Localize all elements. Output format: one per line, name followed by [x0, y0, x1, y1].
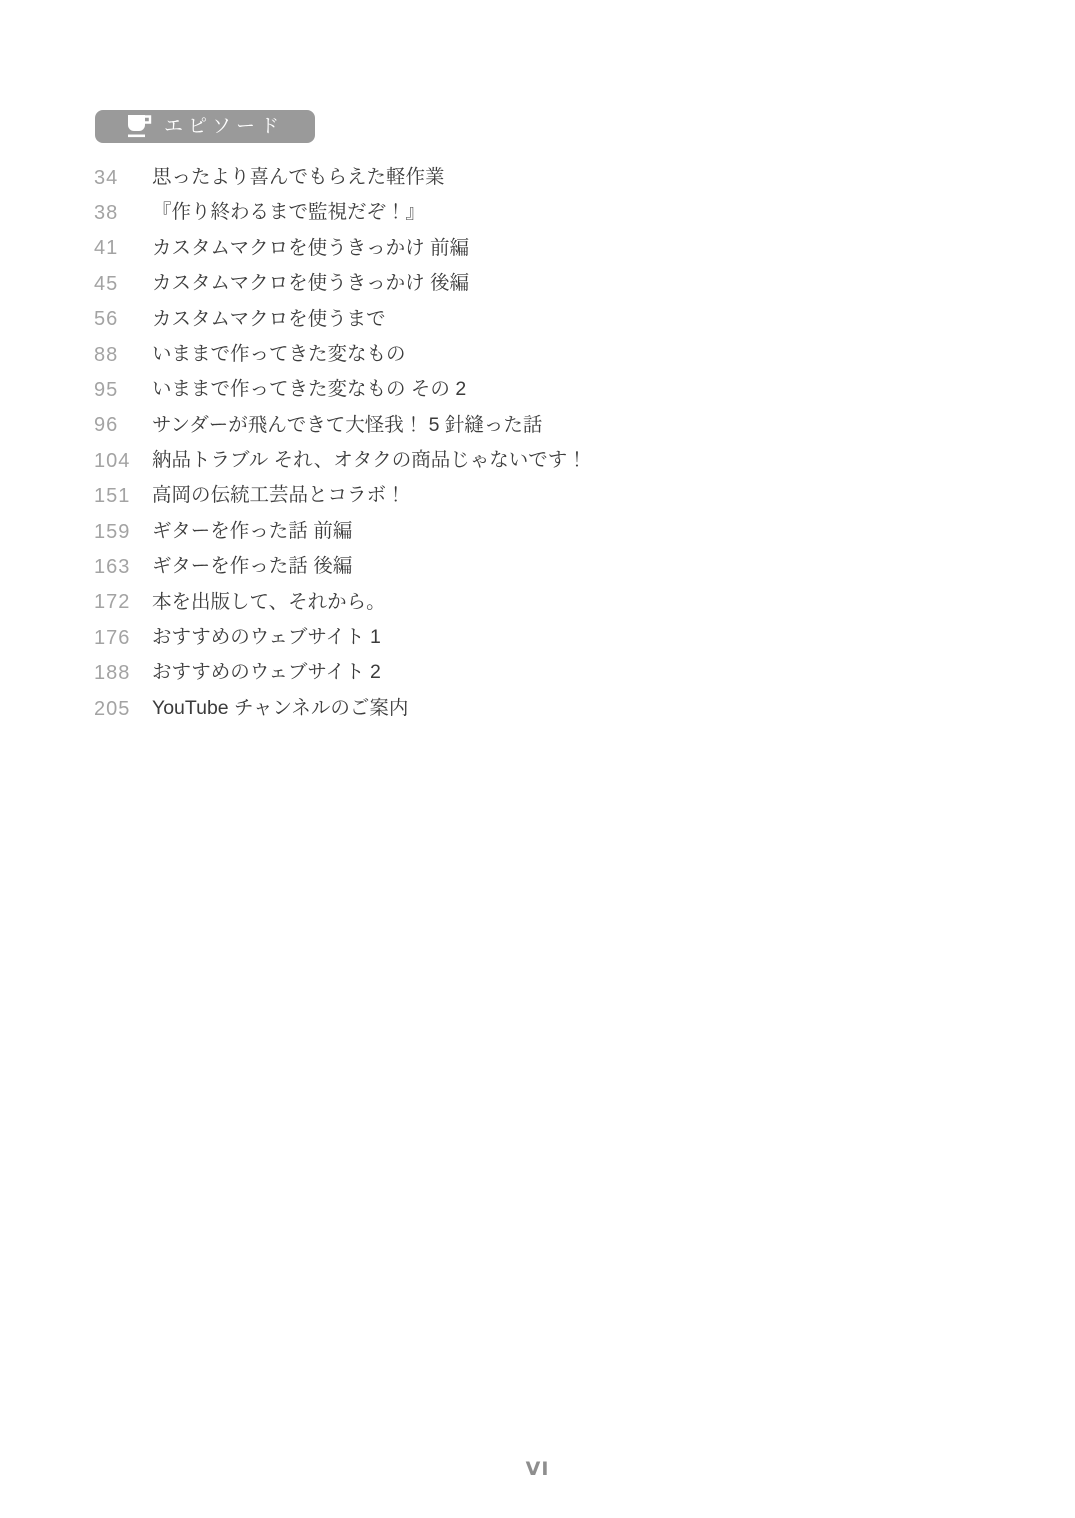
toc-entry-page-number: 188	[94, 663, 152, 683]
toc-entry-page-number: 96	[94, 415, 152, 435]
toc-entry-title: YouTube チャンネルのご案内	[152, 699, 408, 719]
toc-entry-title: カスタムマクロを使うまで	[152, 310, 386, 330]
coffee-cup-icon	[126, 113, 152, 140]
section-badge-label: エピソード	[164, 117, 284, 136]
toc-entry: 151 高岡の伝統工芸品とコラボ！	[94, 479, 994, 514]
toc-entry: 56 カスタムマクロを使うまで	[94, 302, 994, 337]
toc-entry: 38 『作り終わるまで監視だぞ！』	[94, 195, 994, 230]
toc-entry-title: ギターを作った話 前編	[152, 522, 352, 542]
toc-entry-title: カスタムマクロを使うきっかけ 前編	[152, 239, 469, 259]
toc-entry-page-number: 95	[94, 380, 152, 400]
toc-entry-title: 『作り終わるまで監視だぞ！』	[152, 203, 425, 223]
toc-entry: 95 いままで作ってきた変なもの その 2	[94, 372, 994, 407]
toc-entry-title: カスタムマクロを使うきっかけ 後編	[152, 274, 469, 294]
toc-list: 34 思ったより喜んでもらえた軽作業 38 『作り終わるまで監視だぞ！』 41 …	[94, 160, 994, 726]
toc-entry: 45 カスタムマクロを使うきっかけ 後編	[94, 266, 994, 301]
toc-entry-title: 納品トラブル それ、オタクの商品じゃないです！	[152, 451, 587, 471]
toc-entry: 34 思ったより喜んでもらえた軽作業	[94, 160, 994, 195]
toc-entry-page-number: 176	[94, 628, 152, 648]
toc-entry-title: おすすめのウェブサイト 1	[152, 628, 381, 648]
toc-entry: 172 本を出版して、それから。	[94, 585, 994, 620]
toc-entry-page-number: 151	[94, 486, 152, 506]
toc-entry-page-number: 172	[94, 592, 152, 612]
toc-entry-page-number: 56	[94, 309, 152, 329]
toc-entry-page-number: 88	[94, 345, 152, 365]
toc-entry-page-number: 163	[94, 557, 152, 577]
toc-entry-page-number: 45	[94, 274, 152, 294]
toc-entry-title: ギターを作った話 後編	[152, 557, 352, 577]
toc-entry-page-number: 205	[94, 699, 152, 719]
section-badge: エピソード	[95, 110, 315, 143]
toc-page: エピソード 34 思ったより喜んでもらえた軽作業 38 『作り終わるまで監視だぞ…	[0, 0, 1075, 1518]
toc-entry-page-number: 104	[94, 451, 152, 471]
toc-entry-title: 本を出版して、それから。	[152, 593, 386, 613]
toc-entry-title: いままで作ってきた変なもの その 2	[152, 380, 466, 400]
toc-entry: 205 YouTube チャンネルのご案内	[94, 691, 994, 726]
toc-entry-page-number: 159	[94, 522, 152, 542]
toc-entry-page-number: 41	[94, 238, 152, 258]
toc-entry: 88 いままで作ってきた変なもの	[94, 337, 994, 372]
toc-entry-title: いままで作ってきた変なもの	[152, 345, 406, 365]
toc-entry-page-number: 38	[94, 203, 152, 223]
toc-entry-title: 高岡の伝統工芸品とコラボ！	[152, 486, 406, 506]
page-number: VI	[0, 1458, 1075, 1480]
toc-entry-page-number: 34	[94, 168, 152, 188]
toc-entry-title: 思ったより喜んでもらえた軽作業	[152, 168, 445, 188]
toc-entry-title: サンダーが飛んできて大怪我！ 5 針縫った話	[152, 416, 542, 436]
toc-entry: 104 納品トラブル それ、オタクの商品じゃないです！	[94, 443, 994, 478]
toc-entry: 176 おすすめのウェブサイト 1	[94, 620, 994, 655]
toc-entry: 96 サンダーが飛んできて大怪我！ 5 針縫った話	[94, 408, 994, 443]
toc-entry: 188 おすすめのウェブサイト 2	[94, 655, 994, 690]
toc-entry: 41 カスタムマクロを使うきっかけ 前編	[94, 231, 994, 266]
toc-entry: 159 ギターを作った話 前編	[94, 514, 994, 549]
toc-entry-title: おすすめのウェブサイト 2	[152, 663, 381, 683]
toc-entry: 163 ギターを作った話 後編	[94, 549, 994, 584]
